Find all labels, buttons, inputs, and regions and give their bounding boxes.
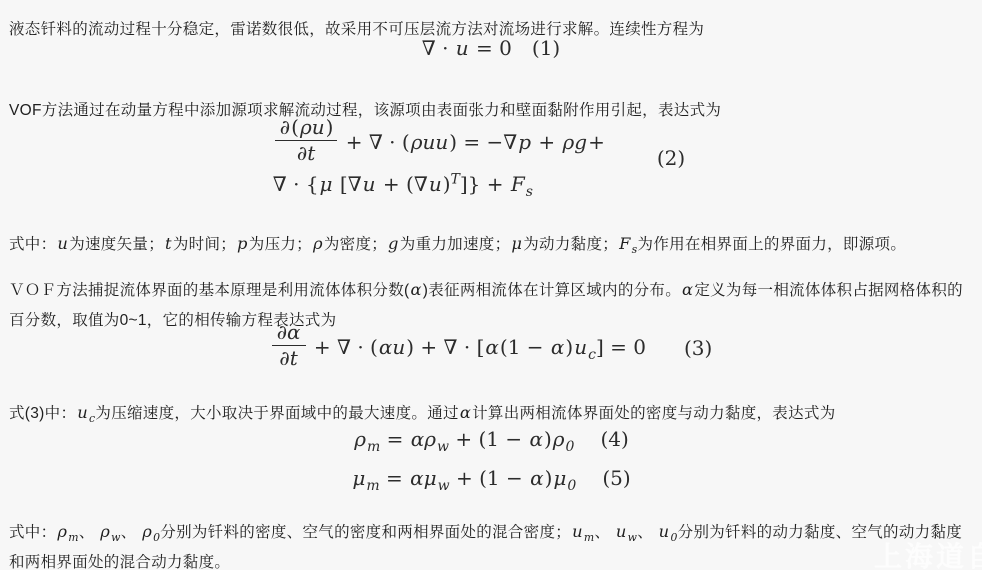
document-page: 液态钎料的流动过程十分稳定，雷诺数很低，故采用不可压层流方法对流场进行求解。连续… [0,0,982,570]
equation-4: ρm = αρw + (1 − α)ρ0 (4) [0,424,982,454]
equation-5-number: (5) [602,466,630,490]
equation-2-number: (2) [657,146,685,170]
equation-1-body: ∇ · u = 0 [422,36,512,60]
equation-3-body: ∂α∂t + ∇ · (αu) + ∇ · [α(1 − α)uc] = 0 [270,325,646,372]
equation-5-body: μm = αμw + (1 − α)μ0 [351,466,576,490]
equation-1-number: (1) [532,36,560,60]
equation-2-line-2: ∇ · {μ [∇u + (∇u)T]} + Fs [273,170,605,199]
equation-2-line-1: ∂(ρu)∂t + ∇ · (ρuu) = −∇p + ρg+ [273,117,605,170]
equation-5: μm = αμw + (1 − α)μ0 (5) [0,463,982,493]
equation-2-body: ∂(ρu)∂t + ∇ · (ρuu) = −∇p + ρg+ ∇ · {μ [… [273,117,605,199]
equation-4-number: (4) [600,427,628,451]
equation-3-number: (3) [684,336,712,360]
equation-2: ∂(ρu)∂t + ∇ · (ρuu) = −∇p + ρg+ ∇ · {μ [… [0,114,970,202]
paragraph-symbol-definitions-momentum: 式中：u为速度矢量；t为时间；p为压力；ρ为密度；g为重力加速度；μ为动力黏度；… [9,229,973,260]
equation-3: ∂α∂t + ∇ · (αu) + ∇ · [α(1 − α)uc] = 0 (… [0,324,982,372]
paragraph-symbol-definitions-mixture: 式中：ρm、 ρw、 ρ0分别为钎料的密度、空气的密度和两相界面处的混合密度；u… [9,517,973,570]
watermark: 上海道自 [874,535,982,570]
equation-1: ∇ · u = 0 (1) [0,33,982,63]
equation-4-body: ρm = αρw + (1 − α)ρ0 [353,427,574,451]
